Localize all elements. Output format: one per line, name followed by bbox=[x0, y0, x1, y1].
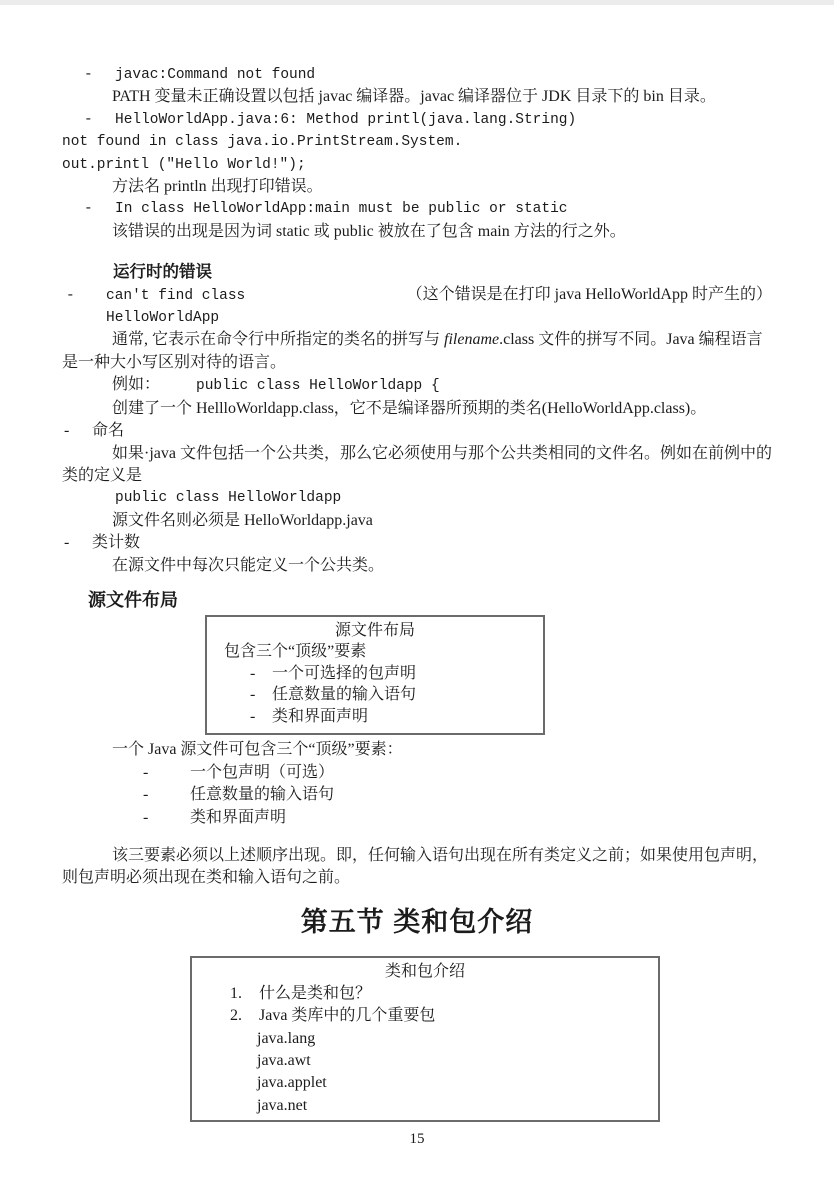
bullet-dash: - bbox=[64, 420, 92, 442]
bullet-dash: - bbox=[84, 64, 115, 86]
error-code-text: can't find class HelloWorldApp bbox=[106, 285, 355, 330]
bullet-dash: - bbox=[143, 784, 190, 806]
numbered-text: Java 类库中的几个重要包 bbox=[259, 1005, 435, 1027]
section-heading: 第五节 类和包介绍 bbox=[62, 904, 772, 940]
naming-code: public class HelloWorldapp bbox=[62, 487, 772, 509]
source-layout-intro: 一个 Java 源文件可包含三个“顶级”要素： bbox=[62, 739, 772, 761]
box-list-item: - 任意数量的输入语句 bbox=[207, 684, 543, 706]
bullet-dash: - bbox=[250, 663, 272, 685]
package-name: java.lang bbox=[192, 1028, 658, 1050]
error-code-text: In class HelloWorldApp:main must be publ… bbox=[115, 198, 567, 220]
top-level-item: - 任意数量的输入语句 bbox=[62, 784, 772, 806]
example-line: 例如：public class HelloWorldapp { bbox=[62, 374, 772, 397]
bullet-dash: - bbox=[64, 532, 92, 554]
item-title: 命名 bbox=[92, 420, 124, 442]
top-level-text: 类和界面声明 bbox=[190, 807, 286, 829]
numbered-item: 2. Java 类库中的几个重要包 bbox=[192, 1005, 658, 1027]
top-level-text: 一个包声明（可选） bbox=[190, 762, 334, 784]
box-title: 类和包介绍 bbox=[192, 961, 658, 983]
classes-packages-slide-box: 类和包介绍 1. 什么是类和包？ 2. Java 类库中的几个重要包 java.… bbox=[190, 956, 660, 1122]
filename-italic: filename bbox=[444, 331, 499, 348]
classcount-description: 在源文件中每次只能定义一个公共类。 bbox=[62, 555, 772, 577]
source-layout-heading: 源文件布局 bbox=[62, 588, 772, 612]
paragraph-text: 通常, 它表示在命令行中所指定的类名的拼写与 bbox=[112, 331, 444, 348]
error-code-continuation: out.printl ("Hello World!"); bbox=[62, 154, 772, 176]
item-title: 类计数 bbox=[92, 532, 140, 554]
source-layout-slide-box: 源文件布局 包含三个“顶级”要素 - 一个可选择的包声明 - 任意数量的输入语句… bbox=[205, 615, 545, 736]
numbered-item: 1. 什么是类和包？ bbox=[192, 983, 658, 1005]
example-code: public class HelloWorldapp { bbox=[196, 378, 440, 394]
bullet-dash: - bbox=[143, 807, 190, 829]
page-number: 15 bbox=[62, 1128, 772, 1150]
example-label: 例如： bbox=[112, 376, 160, 393]
runtime-error-item-cantfind: - can't find class HelloWorldApp （这个错误是在… bbox=[62, 284, 772, 330]
scan-artifact-top bbox=[0, 0, 834, 5]
error-code-text: HelloWorldApp.java:6: Method printl(java… bbox=[115, 109, 576, 131]
box-list-text: 类和界面声明 bbox=[272, 706, 368, 728]
error-description: PATH 变量未正确设置以包括 javac 编译器。javac 编译器位于 JD… bbox=[62, 86, 772, 108]
bullet-dash: - bbox=[84, 109, 115, 131]
compile-error-item-printl: - HelloWorldApp.java:6: Method printl(ja… bbox=[62, 109, 772, 131]
box-list-item: - 类和界面声明 bbox=[207, 706, 543, 728]
box-list-text: 一个可选择的包声明 bbox=[272, 663, 416, 685]
runtime-error-paragraph: 通常, 它表示在命令行中所指定的类名的拼写与 filename.class 文件… bbox=[62, 329, 772, 374]
runtime-error-item-naming: - 命名 bbox=[62, 420, 772, 442]
numbered-text: 什么是类和包？ bbox=[259, 983, 371, 1005]
runtime-error-item-classcount: - 类计数 bbox=[62, 532, 772, 554]
item-number: 2. bbox=[230, 1005, 259, 1027]
top-level-item: - 类和界面声明 bbox=[62, 807, 772, 829]
box-list-text: 任意数量的输入语句 bbox=[272, 684, 416, 706]
top-level-item: - 一个包声明（可选） bbox=[62, 762, 772, 784]
package-name: java.net bbox=[192, 1095, 658, 1117]
naming-description: 源文件名则必须是 HelloWorldapp.java bbox=[62, 510, 772, 532]
top-level-text: 任意数量的输入语句 bbox=[190, 784, 334, 806]
bullet-dash: - bbox=[84, 198, 115, 220]
package-name: java.awt bbox=[192, 1050, 658, 1072]
bullet-dash: - bbox=[66, 285, 106, 307]
package-name: java.applet bbox=[192, 1072, 658, 1094]
runtime-errors-heading: 运行时的错误 bbox=[62, 261, 772, 283]
box-subtitle: 包含三个“顶级”要素 bbox=[207, 641, 543, 663]
error-description: 创建了一个 HellloWorldapp.class，它不是编译器所预期的类名(… bbox=[62, 398, 772, 420]
error-code-continuation: not found in class java.io.PrintStream.S… bbox=[62, 131, 772, 153]
bullet-dash: - bbox=[250, 706, 272, 728]
error-description: 该错误的出现是因为词 static 或 public 被放在了包含 main 方… bbox=[62, 221, 772, 243]
box-list-item: - 一个可选择的包声明 bbox=[207, 663, 543, 685]
compile-error-item-static: - In class HelloWorldApp:main must be pu… bbox=[62, 198, 772, 220]
bullet-dash: - bbox=[250, 684, 272, 706]
error-description: 方法名 println 出现打印错误。 bbox=[62, 176, 772, 198]
page-content: - javac:Command not found PATH 变量未正确设置以包… bbox=[0, 0, 834, 1150]
error-parenthetical-note: （这个错误是在打印 java HelloWorldApp 时产生的） bbox=[407, 284, 772, 306]
source-layout-closing: 该三要素必须以上述顺序出现。即，任何输入语句出现在所有类定义之前；如果使用包声明… bbox=[62, 845, 772, 890]
naming-paragraph: 如果·java 文件包括一个公共类，那么它必须使用与那个公共类相同的文件名。例如… bbox=[62, 443, 772, 488]
box-title: 源文件布局 bbox=[207, 620, 543, 642]
item-number: 1. bbox=[230, 983, 259, 1005]
error-code-text: javac:Command not found bbox=[115, 64, 315, 86]
bullet-dash: - bbox=[143, 762, 190, 784]
document-page: - javac:Command not found PATH 变量未正确设置以包… bbox=[0, 0, 834, 1180]
compile-error-item-javac: - javac:Command not found bbox=[62, 64, 772, 86]
